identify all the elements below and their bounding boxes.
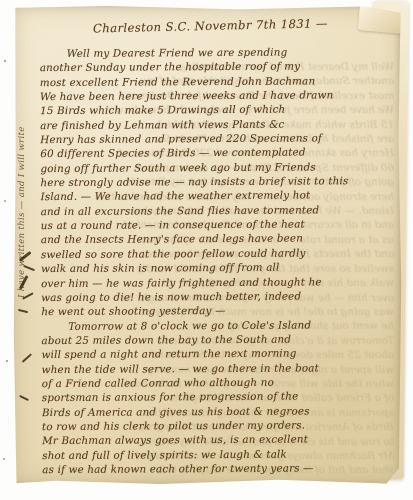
letter-screenshot: Well my Dearest Friend we are spendingan… bbox=[0, 0, 413, 500]
showthrough-line: as if we had known each other for twenty… bbox=[31, 478, 394, 481]
ink-scribble bbox=[18, 309, 28, 314]
background-specks bbox=[4, 60, 6, 62]
letter-body: Well my Dearest Friend we are spendingan… bbox=[40, 45, 401, 477]
letter-line: as if we had known each other for twenty… bbox=[42, 461, 400, 478]
letter-dateline: Charleston S.C. Novembr 7th 1831 — bbox=[93, 14, 403, 35]
letter-page: Well my Dearest Friend we are spendingan… bbox=[13, 6, 402, 485]
letter-line: here strongly advise me — nay insists a … bbox=[40, 174, 398, 191]
ink-scribble bbox=[19, 395, 29, 401]
ink-scribble bbox=[22, 353, 32, 363]
